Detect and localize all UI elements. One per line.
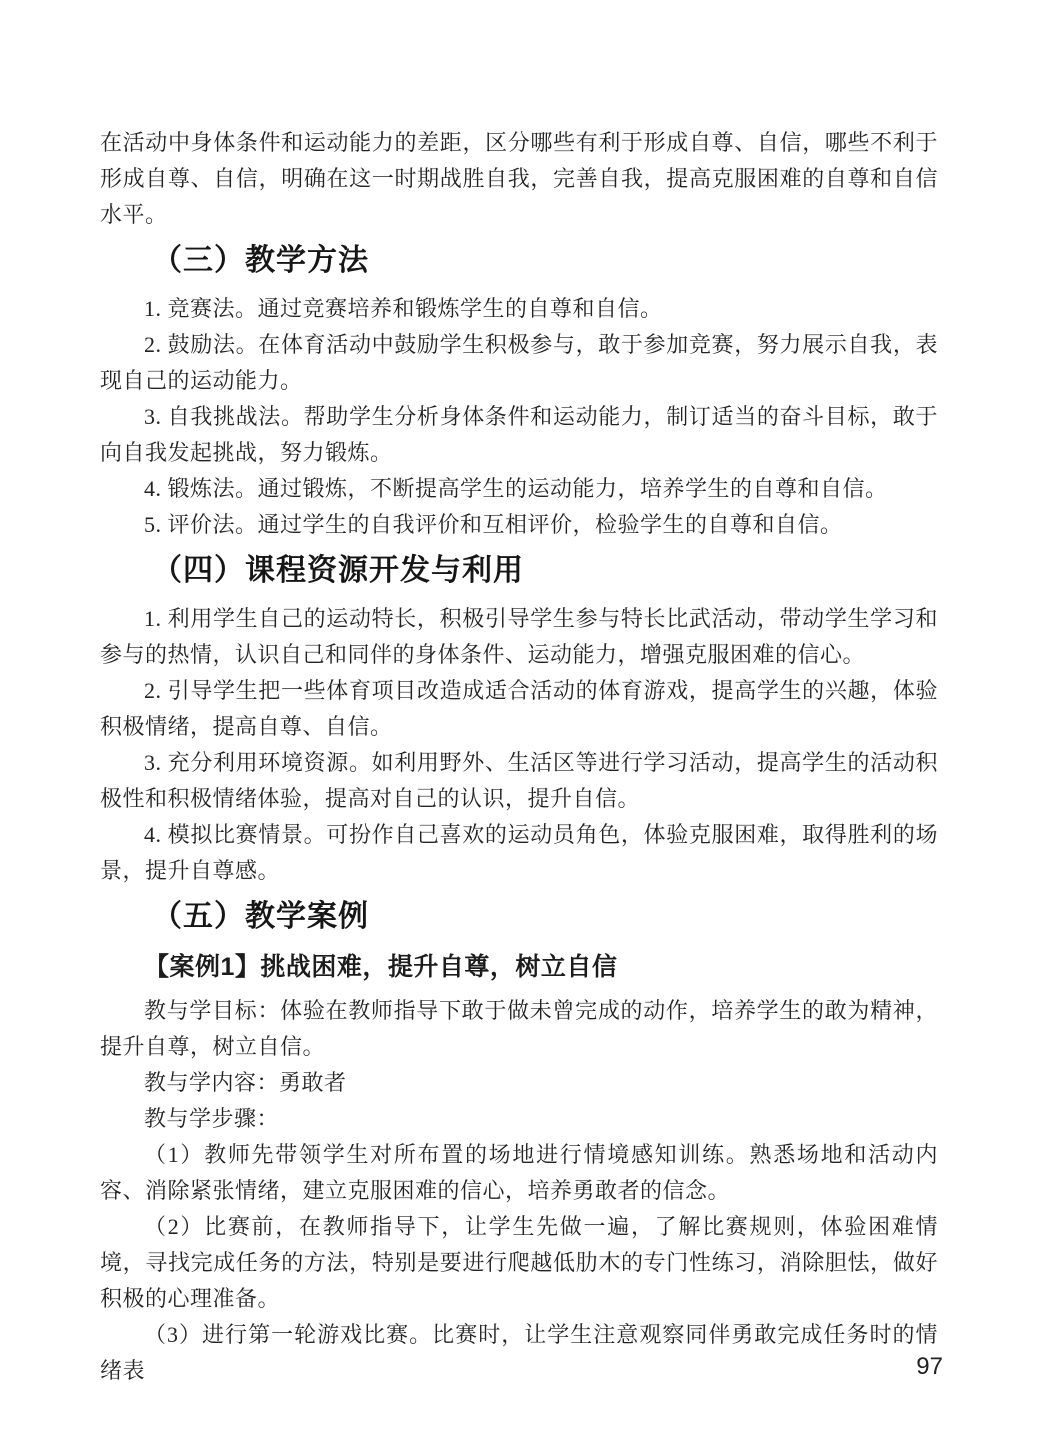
section4-item-3: 3. 充分利用环境资源。如利用野外、生活区等进行学习活动，提高学生的活动积极性和…: [100, 745, 938, 817]
case-paragraph-steps-label: 教与学步骤：: [100, 1101, 938, 1137]
page-number: 97: [916, 1354, 943, 1380]
document-page: 在活动中身体条件和运动能力的差距，区分哪些有利于形成自尊、自信，哪些不利于形成自…: [0, 0, 1038, 1452]
heading-section-5: （五）教学案例: [100, 897, 938, 937]
case-step-1: （1）教师先带领学生对所布置的场地进行情境感知训练。熟悉场地和活动内容、消除紧张…: [100, 1137, 938, 1209]
heading-section-3: （三）教学方法: [100, 241, 938, 281]
case-step-2: （2）比赛前，在教师指导下，让学生先做一遍，了解比赛规则，体验困难情境，寻找完成…: [100, 1209, 938, 1317]
section3-item-4: 4. 锻炼法。通过锻炼，不断提高学生的运动能力，培养学生的自尊和自信。: [100, 471, 938, 507]
case-paragraph-content: 教与学内容：勇敢者: [100, 1065, 938, 1101]
section4-item-1: 1. 利用学生自己的运动特长，积极引导学生参与特长比武活动，带动学生学习和参与的…: [100, 601, 938, 673]
section3-item-1: 1. 竞赛法。通过竞赛培养和锻炼学生的自尊和自信。: [100, 291, 938, 327]
case-paragraph-goal: 教与学目标：体验在教师指导下敢于做未曾完成的动作，培养学生的敢为精神，提升自尊，…: [100, 993, 938, 1065]
section3-item-3: 3. 自我挑战法。帮助学生分析身体条件和运动能力，制订适当的奋斗目标，敢于向自我…: [100, 399, 938, 471]
heading-section-4: （四）课程资源开发与利用: [100, 551, 938, 591]
paragraph-intro-continuation: 在活动中身体条件和运动能力的差距，区分哪些有利于形成自尊、自信，哪些不利于形成自…: [100, 125, 938, 233]
section3-item-2: 2. 鼓励法。在体育活动中鼓励学生积极参与，敢于参加竞赛，努力展示自我，表现自己…: [100, 327, 938, 399]
section4-item-4: 4. 模拟比赛情景。可扮作自己喜欢的运动员角色，体验克服困难，取得胜利的场景，提…: [100, 817, 938, 889]
section4-item-2: 2. 引导学生把一些体育项目改造成适合活动的体育游戏，提高学生的兴趣，体验积极情…: [100, 673, 938, 745]
page-content: 在活动中身体条件和运动能力的差距，区分哪些有利于形成自尊、自信，哪些不利于形成自…: [100, 125, 938, 1389]
heading-case-1: 【案例1】挑战困难，提升自尊，树立自信: [100, 949, 938, 985]
case-step-3: （3）进行第一轮游戏比赛。比赛时，让学生注意观察同伴勇敢完成任务时的情绪表: [100, 1317, 938, 1389]
section3-item-5: 5. 评价法。通过学生的自我评价和互相评价，检验学生的自尊和自信。: [100, 507, 938, 543]
